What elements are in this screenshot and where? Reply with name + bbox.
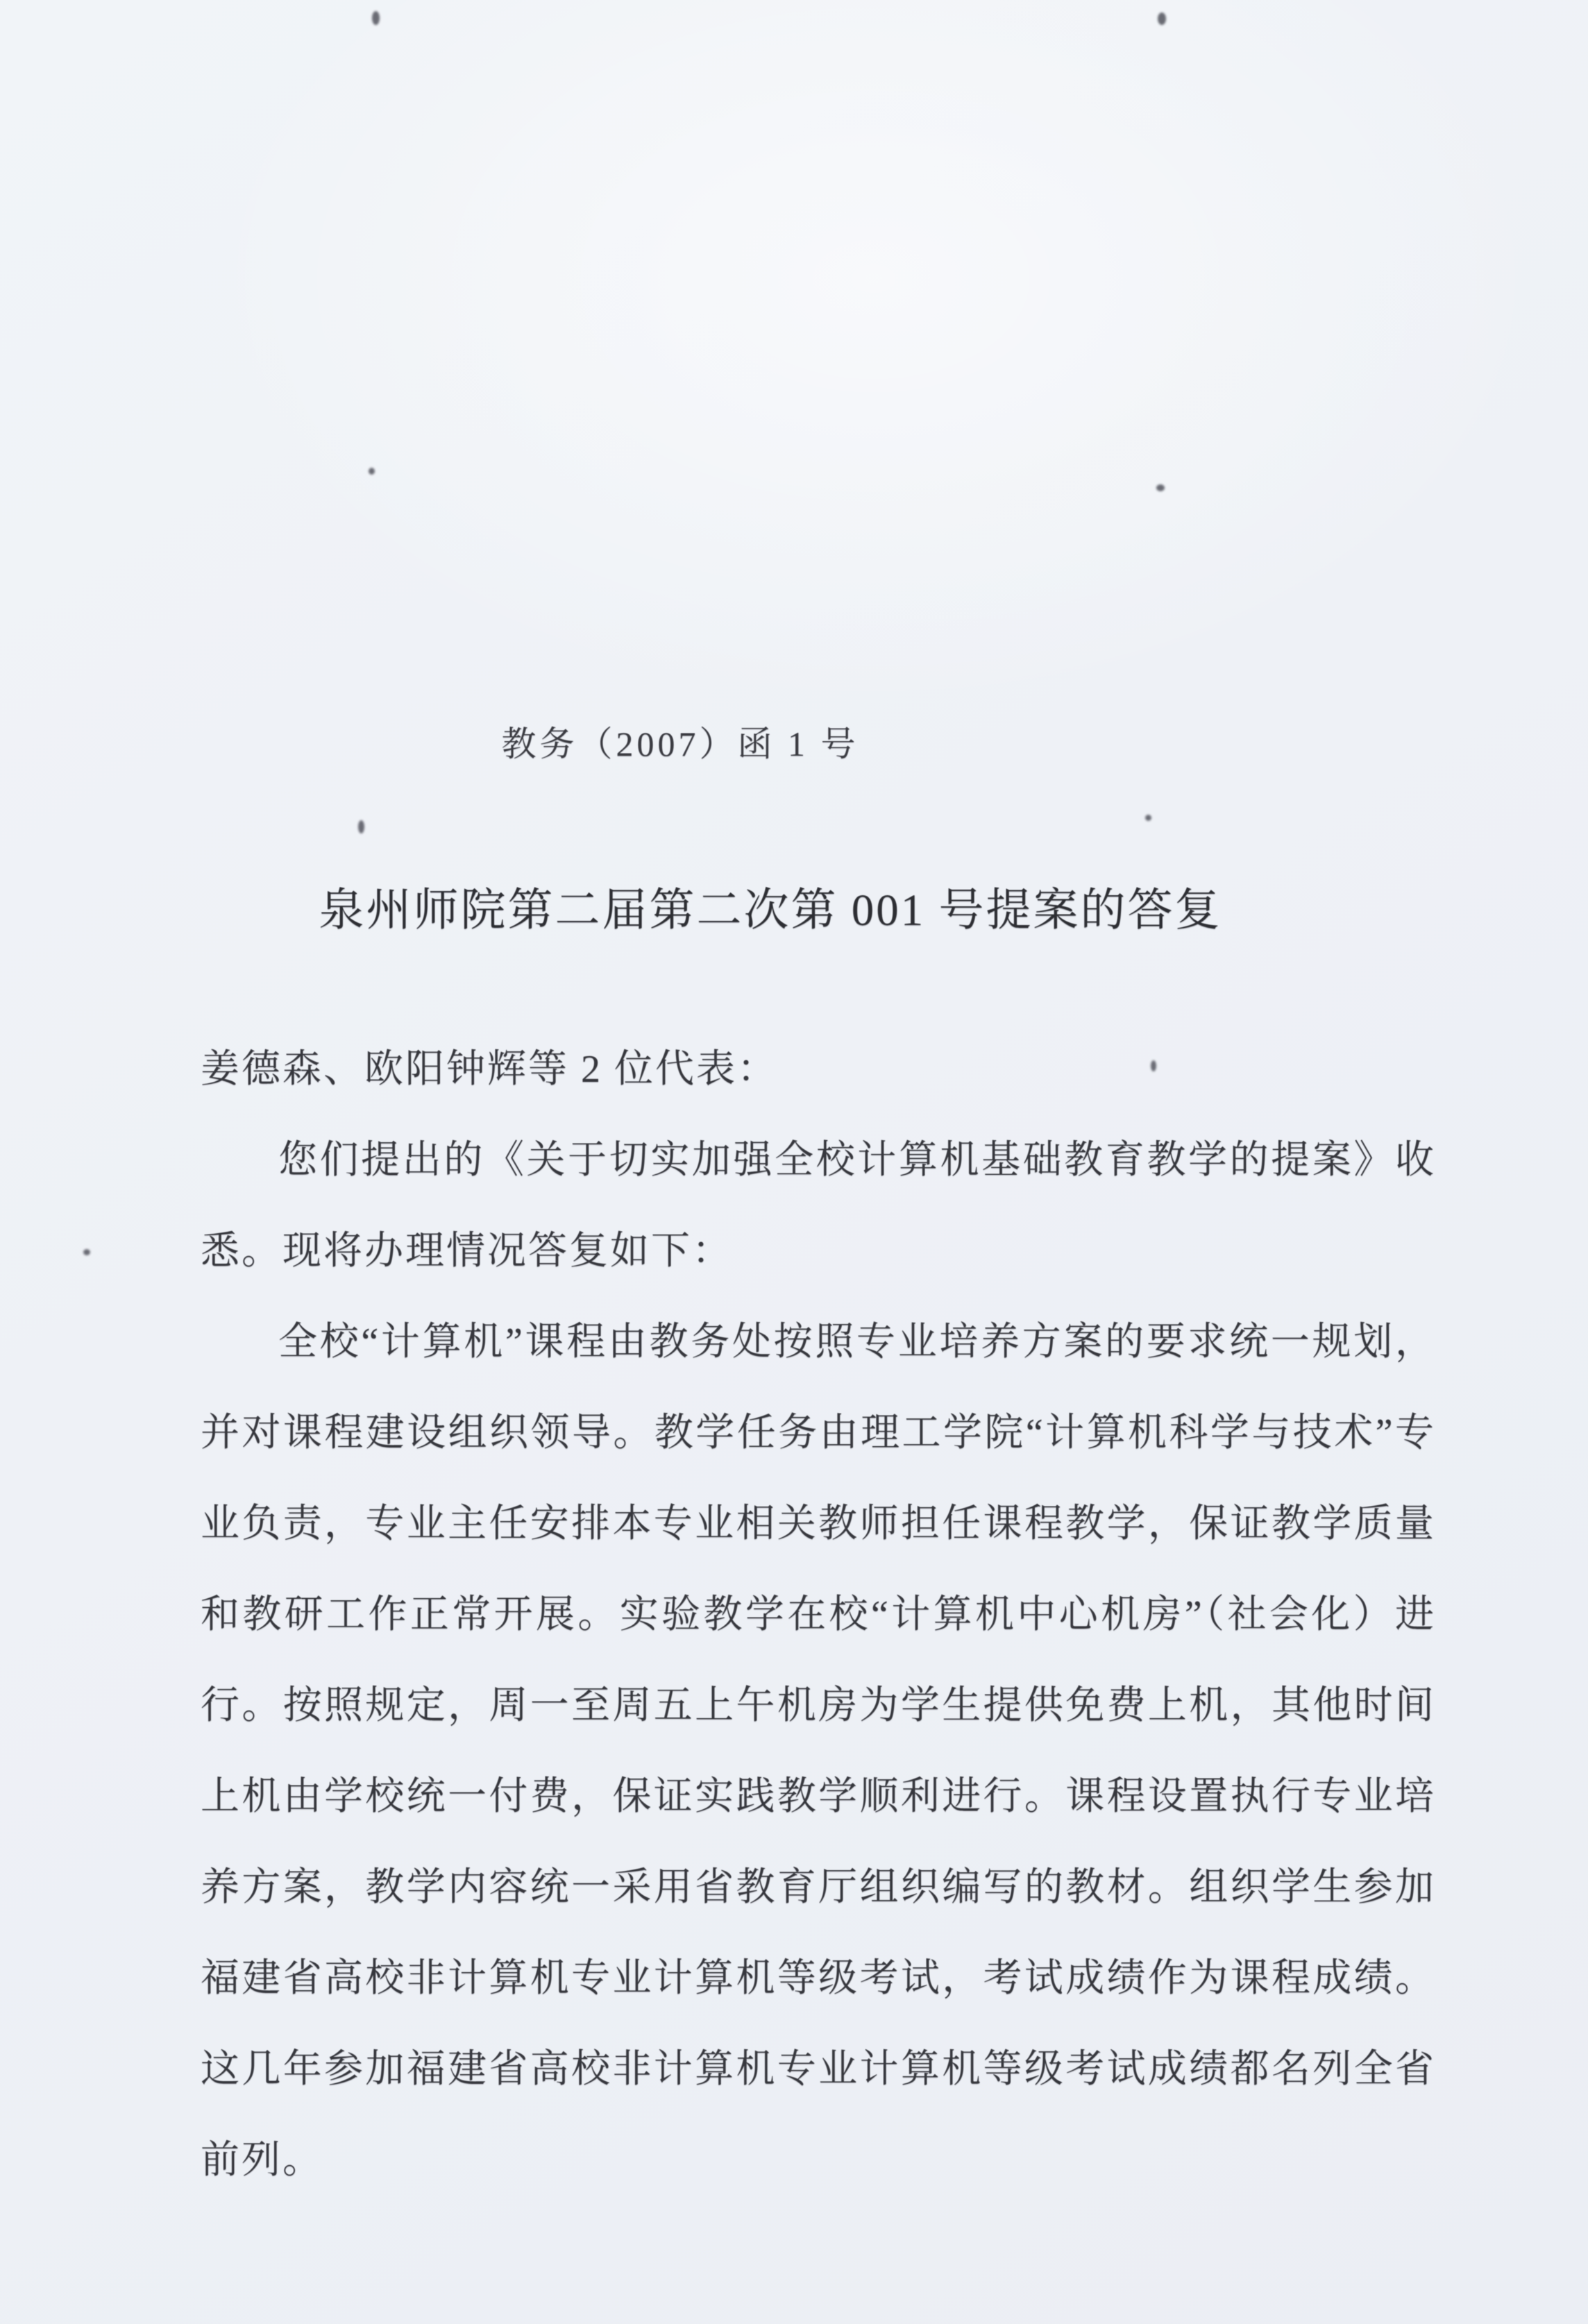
scan-speck [1145, 815, 1151, 821]
scan-speck [1158, 12, 1166, 25]
paragraph-intro: 您们提出的《关于切实加强全校计算机基础教育教学的提案》收悉。现将办理情况答复如下… [201, 1115, 1436, 1297]
scan-speck [372, 11, 380, 25]
scan-speck [369, 468, 375, 475]
document-reference-number: 教务（2007）函 1 号 [502, 716, 859, 766]
salutation-line: 姜德森、欧阳钟辉等 2 位代表： [201, 1024, 1436, 1115]
scan-speck [83, 1249, 90, 1255]
document-title: 泉州师院第二届第二次第 001 号提案的答复 [319, 873, 1222, 938]
document-content-layer: 教务（2007）函 1 号 泉州师院第二届第二次第 001 号提案的答复 姜德森… [0, 0, 1588, 2324]
scan-speck [1156, 484, 1165, 491]
scan-speck [1151, 1060, 1156, 1071]
document-body: 姜德森、欧阳钟辉等 2 位代表： 您们提出的《关于切实加强全校计算机基础教育教学… [201, 1024, 1436, 2206]
paragraph-reply: 全校“计算机”课程由教务处按照专业培养方案的要求统一规划，并对课程建设组织领导。… [201, 1297, 1436, 2206]
scanned-document-page: 教务（2007）函 1 号 泉州师院第二届第二次第 001 号提案的答复 姜德森… [0, 0, 1588, 2324]
scan-speck [358, 820, 364, 833]
